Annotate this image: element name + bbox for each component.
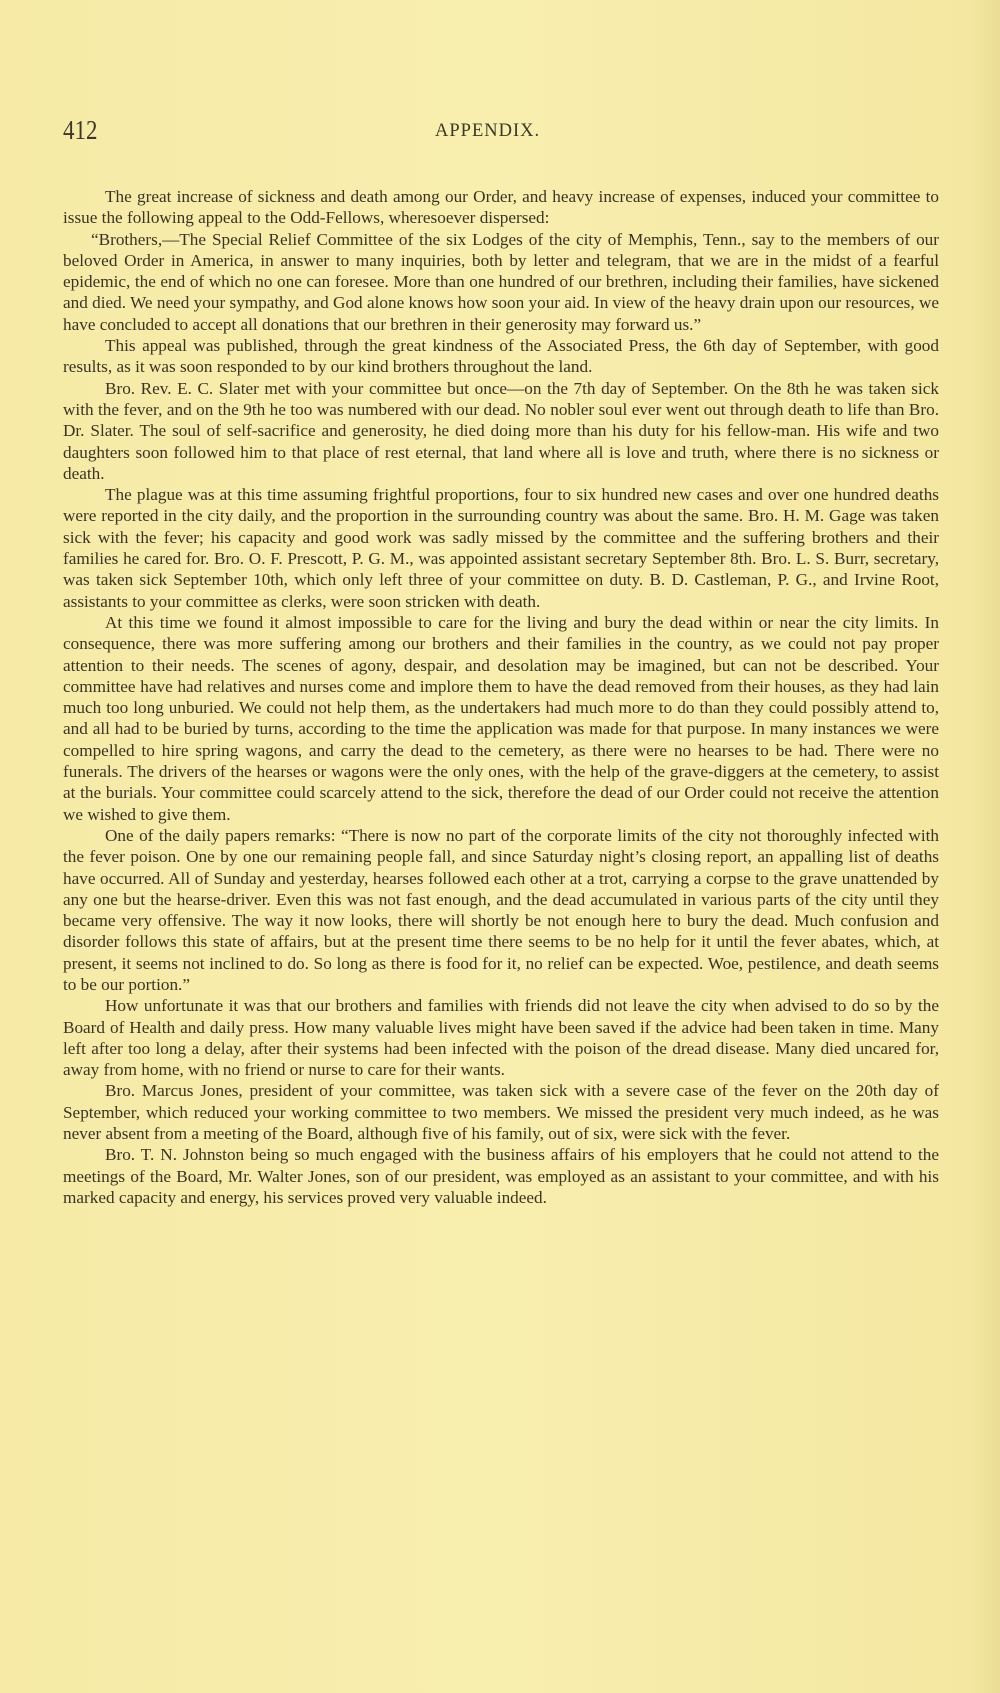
paragraph-appeal-quote: “Brothers,—The Special Relief Committee … <box>63 229 939 335</box>
paragraph-daily-papers: One of the daily papers remarks: “There … <box>63 825 939 995</box>
paragraph-slater: Bro. Rev. E. C. Slater met with your com… <box>63 378 939 484</box>
page-number: 412 <box>63 115 97 146</box>
body-text: The great increase of sickness and death… <box>63 186 939 1208</box>
paragraph-unfortunate: How unfortunate it was that our brothers… <box>63 995 939 1080</box>
paragraph-marcus-jones: Bro. Marcus Jones, president of your com… <box>63 1080 939 1144</box>
paragraph-appeal-published: This appeal was published, through the g… <box>63 335 939 378</box>
running-head: 412 APPENDIX. <box>63 121 939 151</box>
paragraph-burials: At this time we found it almost impossib… <box>63 612 939 825</box>
running-title: APPENDIX. <box>435 121 540 142</box>
paragraph-plague: The plague was at this time assuming fri… <box>63 484 939 612</box>
paragraph-appeal-intro: The great increase of sickness and death… <box>63 186 939 229</box>
paragraph-johnston: Bro. T. N. Johnston being so much engage… <box>63 1144 939 1208</box>
